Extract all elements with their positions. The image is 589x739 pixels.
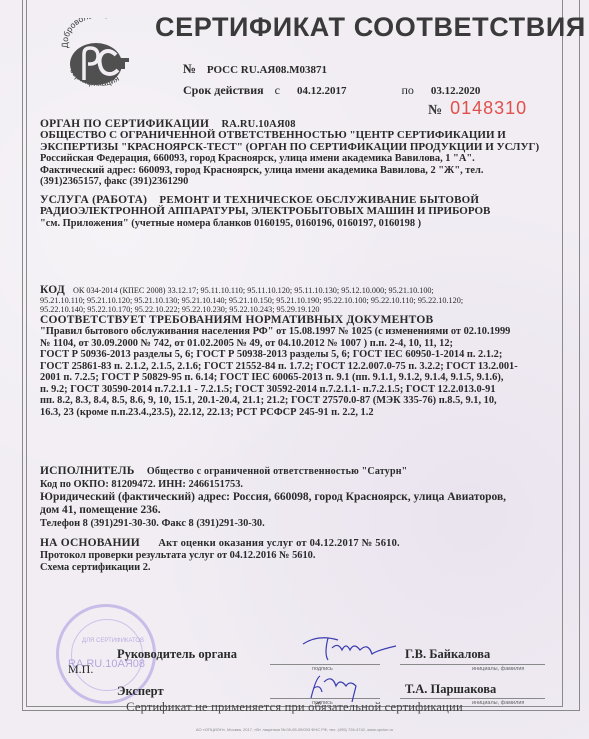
validity-to: 03.12.2020 [431,85,481,97]
head-name-line [400,664,545,665]
head-name-caption: инициалы, фамилия [472,666,524,672]
conformity-line: 16.3, 23 (кроме п.п.23.4.,23.5), 22.12, … [40,407,560,419]
basis-line: Протокол проверки результата услуг от 04… [40,550,560,562]
code-section: КОД ОК 034-2014 (КПЕС 2008) 33.12.17; 95… [40,283,560,315]
conformity-line: пп. 8.2, 8.3, 8.4, 8.5, 8.6, 9, 10, 15.1… [40,395,560,407]
service-line: РАДИОЭЛЕКТРОННОЙ АППАРАТУРЫ, ЭЛЕКТРОБЫТО… [40,206,560,218]
service-section: УСЛУГА (РАБОТА) РЕМОНТ И ТЕХНИЧЕСКОЕ ОБС… [40,194,560,229]
code-label: КОД [40,284,65,296]
conformity-line: ГОСТ Р 50936-2013 разделы 5, 6; ГОСТ Р 5… [40,349,560,361]
conformity-section: СООТВЕТСТВУЕТ ТРЕБОВАНИЯМ НОРМАТИВНЫХ ДО… [40,314,560,418]
number-sign: № [428,103,442,118]
validity-from-label: с [275,83,280,98]
head-name: Г.В. Байкалова [405,647,490,662]
signature-section: ДЛЯ СЕРТИФИКАТОВ RA.RU.10АЯ08 М.П. Руков… [40,612,560,712]
code-heading: КОД ОК 034-2014 (КПЕС 2008) 33.12.17; 95… [40,283,560,296]
basis-line: Акт оценки оказания услуг от 04.12.2017 … [158,538,400,549]
certification-body-line: Фактический адрес: 660093, город Красноя… [40,165,560,177]
validity-from: 04.12.2017 [297,85,347,97]
conformity-line: "Правил бытового обслуживания населения … [40,326,560,338]
rst-logo: Добровольная сертификация [58,18,136,90]
contractor-line: Телефон 8 (391)291-30-30. Факс 8 (391)29… [40,517,560,530]
head-role: Руководитель органа [117,647,237,662]
conformity-label: СООТВЕТСТВУЕТ ТРЕБОВАНИЯМ НОРМАТИВНЫХ ДО… [40,314,560,326]
contractor-name: Общество с ограниченной ответственностью… [147,466,408,477]
basis-heading: НА ОСНОВАНИИ Акт оценки оказания услуг о… [40,537,560,550]
certification-body-line: ЭКСПЕРТИЗЫ "КРАСНОЯРСК-ТЕСТ" (ОРГАН ПО С… [40,142,560,154]
contractor-section: ИСПОЛНИТЕЛЬ Общество с ограниченной отве… [40,465,560,530]
certification-body-section: ОРГАН ПО СЕРТИФИКАЦИИ RA.RU.10АЯ08 ОБЩЕС… [40,118,560,188]
contractor-line: Юридический (фактический) адрес: Россия,… [40,491,560,504]
conformity-line: ГОСТ 25861-83 п. 2.1.2, 2.1.5, 2.1.6; ГО… [40,361,560,373]
code-line: ОК 034-2014 (КПЕС 2008) 33.12.17; 95.11.… [73,286,434,295]
basis-section: НА ОСНОВАНИИ Акт оценки оказания услуг о… [40,537,560,574]
certification-body-line: Российская Федерация, 660093, город Крас… [40,153,560,165]
validity-label: Срок действия [183,83,264,98]
head-signature [298,630,398,666]
certification-body-line: (391)2365157, факс (391)2361290 [40,176,560,188]
basis-label: НА ОСНОВАНИИ [40,537,140,549]
contractor-line: Код по ОКПО: 81209472. ИНН: 2466151753. [40,478,560,491]
expert-role: Эксперт [117,684,164,699]
page-title: СЕРТИФИКАТ СООТВЕТСТВИЯ [155,12,555,43]
contractor-heading: ИСПОЛНИТЕЛЬ Общество с ограниченной отве… [40,465,560,478]
printer-line: АО «ОПЦИОН», Москва, 2017, «В» лицензия … [0,727,589,732]
blank-number: № 0148310 [428,98,527,119]
expert-name: Т.А. Паршакова [405,682,496,697]
certification-body-line: ОБЩЕСТВО С ОГРАНИЧЕННОЙ ОТВЕТСТВЕННОСТЬЮ… [40,130,560,142]
number-sign: № [183,61,196,76]
registration-value: РОСС RU.АЯ08.М03871 [207,64,327,76]
contractor-line: дом 41, помещение 236. [40,504,560,517]
code-line: 95.21.10.110; 95.21.10.120; 95.21.10.130… [40,296,560,305]
validity-period: Срок действия с 04.12.2017 по 03.12.2020 [183,83,503,98]
conformity-line: № 1104, от 30.09.2000 № 742, от 01.02.20… [40,338,560,350]
footer-note: Сертификат не применяется при обязательн… [0,700,589,715]
conformity-line: 2001 п. 7.2.5; ГОСТ Р 50829-95 п. 6.14; … [40,372,560,384]
seal-place-label: М.П. [68,662,93,677]
conformity-line: п. 9.2; ГОСТ 30590-2014 п.7.2.1.1 - 7.2.… [40,384,560,396]
stamp-subtext: ДЛЯ СЕРТИФИКАТОВ [82,638,144,645]
blank-number-value: 0148310 [450,98,527,118]
basis-line: Схема сертификации 2. [40,562,560,574]
validity-to-label: по [402,83,414,98]
contractor-label: ИСПОЛНИТЕЛЬ [40,465,135,477]
registration-number: № РОСС RU.АЯ08.М03871 [183,61,327,77]
expert-name-line [400,698,545,699]
service-line: "см. Приложения" (учетные номера бланков… [40,218,560,230]
